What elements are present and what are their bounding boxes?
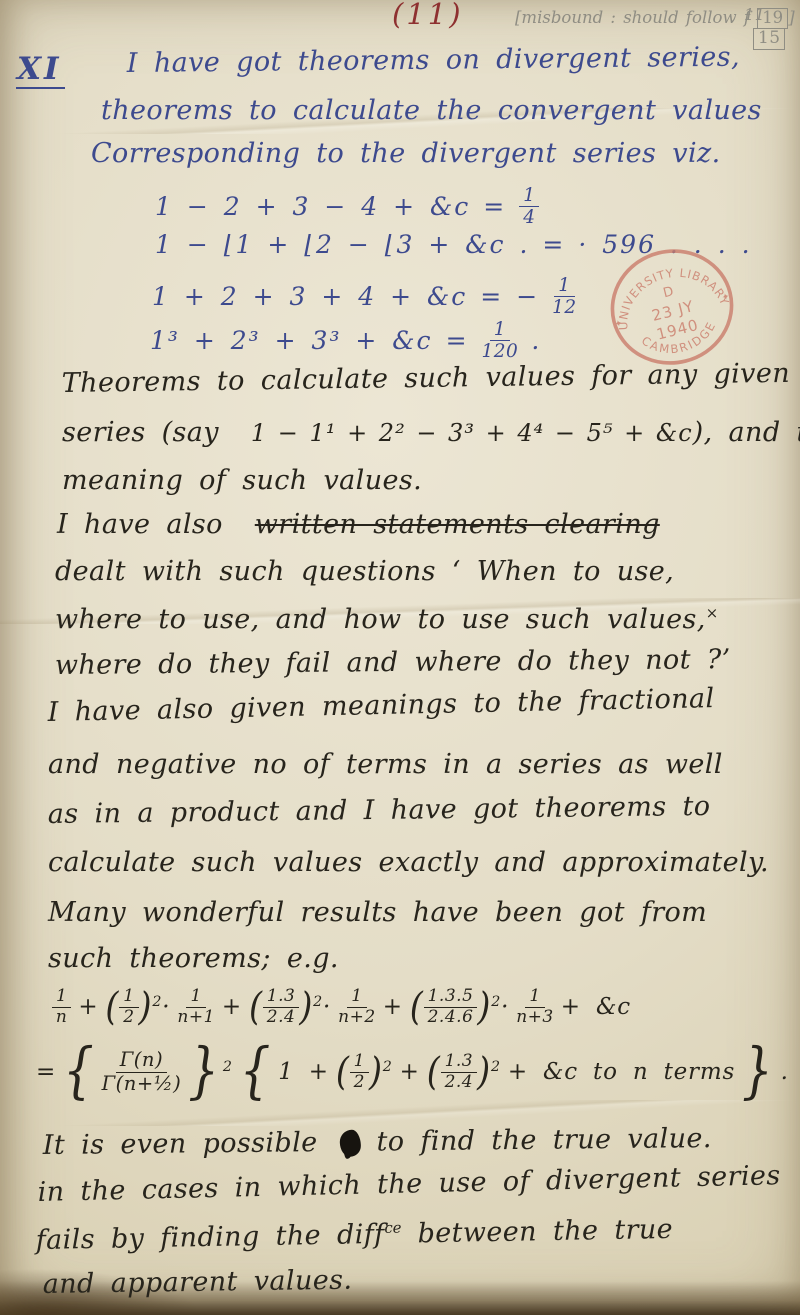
denominator: Γ(n+½) bbox=[102, 1073, 182, 1095]
numerator: 1.3 bbox=[263, 988, 300, 1008]
equals-sign: = bbox=[542, 231, 565, 260]
open-paren: ( bbox=[336, 1050, 350, 1094]
close-paren: ) bbox=[477, 985, 491, 1029]
equals-sign: = bbox=[483, 193, 506, 222]
manuscript-line: dealt with such questions ‘ When to use, bbox=[55, 556, 674, 587]
denominator: 2 bbox=[123, 1008, 134, 1027]
open-brace: { bbox=[63, 1045, 95, 1099]
manuscript-line: I have got theorems on divergent series, bbox=[127, 42, 740, 79]
exponent: 2 bbox=[152, 994, 162, 1010]
manuscript-line: where do they fail and where do they not… bbox=[55, 644, 731, 681]
fraction: 12 bbox=[119, 988, 138, 1027]
coefficient: (1.32.4)2· bbox=[249, 988, 331, 1027]
manuscript-line: fails by finding the diffce between the … bbox=[35, 1214, 673, 1256]
exponent: 2 bbox=[491, 994, 501, 1010]
equation-lhs: 1 + 2 + 3 + 4 + &c bbox=[152, 283, 467, 312]
fraction: 112 bbox=[552, 276, 577, 318]
exponent: 2 bbox=[383, 1059, 393, 1075]
fraction: 1.3.52.4.6 bbox=[424, 988, 478, 1027]
red-folio-number: (11) bbox=[392, 0, 464, 31]
numerator: 1 bbox=[519, 186, 539, 207]
fraction: 1n+1 bbox=[177, 988, 215, 1027]
equation-lhs: 1 − ⌊1 + ⌊2 − ⌊3 + &c . bbox=[155, 231, 529, 260]
line-text: to find the true value. bbox=[376, 1123, 712, 1158]
manuscript-line: It is even possibleto find the true valu… bbox=[43, 1123, 712, 1161]
pencil-folio-number: 11 bbox=[744, 6, 765, 24]
paper-crease bbox=[0, 1100, 800, 1126]
numerator: 1 bbox=[554, 276, 574, 297]
pencil-leaf-number: 15 bbox=[753, 28, 785, 50]
numerator: Γ(n) bbox=[116, 1050, 167, 1073]
coefficient: (12)2· bbox=[105, 988, 170, 1027]
equation-period: . bbox=[531, 327, 541, 356]
fraction: 14 bbox=[519, 186, 539, 228]
manuscript-line: and negative no of terms in a series as … bbox=[48, 749, 723, 780]
line-text: ), and the bbox=[693, 417, 800, 448]
pencil-note-text: [misbound : should follow f bbox=[515, 8, 750, 27]
fraction: 1.32.4 bbox=[441, 1053, 478, 1092]
open-paren: ( bbox=[105, 985, 119, 1029]
mult-dot: · bbox=[162, 994, 170, 1020]
manuscript-line: series (say 1 − 1¹ + 2² − 3³ + 4⁴ − 5⁵ +… bbox=[62, 417, 800, 448]
numerator: 1 bbox=[347, 988, 366, 1008]
denominator: n bbox=[56, 1008, 67, 1027]
ink-blot bbox=[339, 1130, 360, 1157]
numerator: 1 bbox=[350, 1053, 369, 1073]
exponent: 2 bbox=[313, 994, 323, 1010]
manuscript-line: theorems to calculate the convergent val… bbox=[101, 95, 762, 126]
struck-text: written statements clearing bbox=[255, 509, 660, 540]
mult-dot: · bbox=[501, 994, 509, 1020]
plus-sign: + bbox=[383, 994, 403, 1020]
period: . bbox=[781, 1059, 789, 1085]
display-formula-sum: 1n + (12)2· 1n+1 + (1.32.4)2· 1n+2 + (1.… bbox=[52, 988, 631, 1027]
denominator: n+1 bbox=[177, 1008, 215, 1027]
denominator: n+3 bbox=[516, 1008, 554, 1027]
denominator: 2.4 bbox=[445, 1073, 474, 1092]
equals-sign: = bbox=[480, 283, 503, 312]
close-paren: ) bbox=[139, 985, 153, 1029]
manuscript-line: meaning of such values. bbox=[62, 465, 422, 496]
manuscript-line: in the cases in which the use of diverge… bbox=[37, 1160, 781, 1208]
numerator: 1 bbox=[119, 988, 138, 1008]
stamp-star-left: ✦ bbox=[614, 319, 624, 331]
manuscript-line: I have also written statements clearing bbox=[57, 509, 660, 540]
manuscript-line: as in a product and I have got theorems … bbox=[48, 791, 711, 830]
open-paren: ( bbox=[410, 985, 424, 1029]
manuscript-line: such theorems; e.g. bbox=[48, 943, 339, 974]
equation-lhs: 1 − 2 + 3 − 4 + &c bbox=[155, 193, 470, 222]
line-text: It is even possible bbox=[43, 1127, 318, 1161]
asterisk-mark: × bbox=[706, 604, 718, 622]
exponent: 2 bbox=[223, 1059, 233, 1075]
stamp-class-letter: D bbox=[662, 284, 675, 301]
manuscript-line: calculate such values exactly and approx… bbox=[48, 847, 769, 878]
equation-lhs: 1³ + 2³ + 3³ + &c bbox=[150, 327, 433, 356]
close-paren: ) bbox=[299, 985, 313, 1029]
fraction: 1120 bbox=[482, 320, 519, 362]
line-text: fails by finding the diff bbox=[35, 1219, 384, 1256]
denominator: 2.4 bbox=[267, 1008, 296, 1027]
etc-tail: + &c bbox=[561, 994, 631, 1020]
open-paren: ( bbox=[427, 1050, 441, 1094]
gamma-fraction: Γ(n)Γ(n+½) bbox=[102, 1050, 182, 1094]
coefficient: (1.32.4)2 bbox=[427, 1053, 501, 1092]
numerator: 1.3.5 bbox=[424, 988, 478, 1008]
open-brace: { bbox=[240, 1045, 272, 1099]
fraction: 1.32.4 bbox=[263, 988, 300, 1027]
fraction: 1n+2 bbox=[338, 988, 376, 1027]
manuscript-line: Corresponding to the divergent series vi… bbox=[91, 138, 721, 169]
equals-sign: = bbox=[36, 1059, 56, 1085]
manuscript-page: (11) [misbound : should follow f 19] 11 … bbox=[0, 0, 800, 1315]
line-text: I have also bbox=[57, 509, 223, 540]
numerator: 1 bbox=[490, 320, 510, 341]
inner-text: 1 + bbox=[278, 1059, 329, 1085]
denominator: 120 bbox=[482, 341, 519, 361]
equation-1: 1 − 2 + 3 − 4 + &c = 14 bbox=[155, 186, 539, 228]
equation-4: 1³ + 2³ + 3³ + &c = 1120 . bbox=[150, 320, 541, 362]
manuscript-line: I have also given meanings to the fracti… bbox=[47, 683, 714, 728]
exponent: 2 bbox=[491, 1059, 501, 1075]
mult-dot: · bbox=[323, 994, 331, 1020]
plus-sign: + bbox=[78, 994, 98, 1020]
plus-sign: + bbox=[222, 994, 242, 1020]
denominator: 2 bbox=[354, 1073, 365, 1092]
close-paren: ) bbox=[477, 1050, 491, 1094]
numerator: 1 bbox=[186, 988, 205, 1008]
section-number: XI bbox=[16, 51, 65, 89]
numerator: 1 bbox=[525, 988, 544, 1008]
inner-tail: + &c to n terms bbox=[508, 1059, 735, 1085]
manuscript-line: where to use, and how to use such values… bbox=[55, 604, 718, 635]
fraction: 1n+3 bbox=[516, 988, 554, 1027]
coefficient: (1.3.52.4.6)2· bbox=[410, 988, 509, 1027]
coefficient: (12)2 bbox=[336, 1053, 393, 1092]
fraction: 12 bbox=[350, 1053, 369, 1092]
manuscript-line: Many wonderful results have been got fro… bbox=[48, 897, 707, 928]
line-text: between the true bbox=[401, 1214, 673, 1250]
superscript-abbreviation: ce bbox=[384, 1219, 401, 1237]
close-paren: ) bbox=[369, 1050, 383, 1094]
inline-series-formula: 1 − 1¹ + 2² − 3³ + 4⁴ − 5⁵ + &c bbox=[251, 419, 693, 447]
close-brace: } bbox=[188, 1045, 220, 1099]
denominator: n+2 bbox=[338, 1008, 376, 1027]
denominator: 12 bbox=[552, 297, 577, 317]
close-brace: } bbox=[742, 1045, 774, 1099]
display-formula-result: = { Γ(n)Γ(n+½) }2 { 1 + (12)2 + (1.32.4)… bbox=[36, 1050, 789, 1094]
fraction: 1n bbox=[52, 988, 71, 1027]
denominator: 2.4.6 bbox=[428, 1008, 474, 1027]
line-text: where to use, and how to use such values… bbox=[55, 604, 706, 635]
minus-sign: − bbox=[516, 283, 539, 312]
equals-sign: = bbox=[446, 327, 469, 356]
line-text: series (say bbox=[62, 417, 219, 448]
open-paren: ( bbox=[249, 985, 263, 1029]
numerator: 1 bbox=[52, 988, 71, 1008]
equation-3: 1 + 2 + 3 + 4 + &c = − 112 bbox=[152, 276, 577, 318]
numerator: 1.3 bbox=[441, 1053, 478, 1073]
pencil-note-close: ] bbox=[788, 8, 794, 27]
manuscript-line: and apparent values. bbox=[43, 1265, 353, 1300]
denominator: 4 bbox=[523, 207, 535, 227]
plus-sign: + bbox=[400, 1059, 420, 1085]
manuscript-line: Theorems to calculate such values for an… bbox=[62, 358, 791, 399]
